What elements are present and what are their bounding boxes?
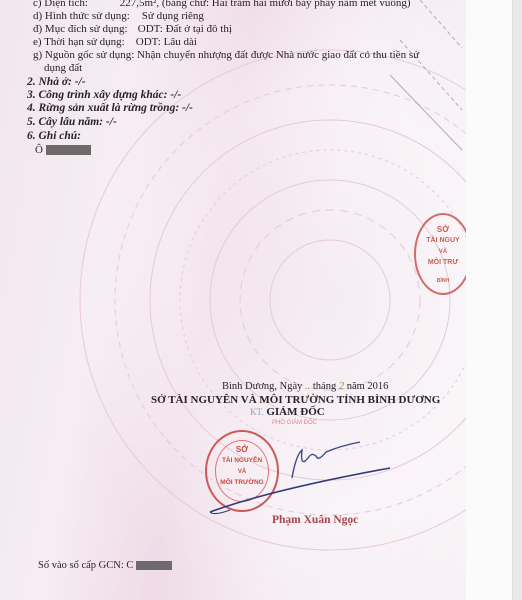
- seal-partial-line-4: MÔI TRƯ: [416, 259, 466, 266]
- seal-partial-line-2: TÀI NGUY: [416, 237, 466, 244]
- place-date-day: ..: [305, 381, 310, 392]
- area-line: c) Diện tích: 227,5m², (bằng chữ: Hai tr…: [33, 0, 411, 10]
- section-planted-forest-value: -/-: [182, 102, 193, 114]
- section-notes-label: 6. Ghi chú:: [27, 130, 81, 142]
- signer-title-prefix: KT.: [250, 407, 264, 417]
- agency-name: SỞ TÀI NGUYÊN VÀ MÔI TRƯỜNG TỈNH BÌNH DƯ…: [151, 394, 440, 406]
- place-date-month-word: tháng: [313, 381, 336, 392]
- usage-origin-continuation: dụng đất: [44, 62, 82, 75]
- registry-line: Số vào sổ cấp GCN: C: [38, 559, 172, 572]
- usage-form-line: d) Hình thức sử dụng: Sử dụng riêng: [33, 10, 204, 23]
- registry-prefix: C: [126, 560, 133, 571]
- place-date-place: Bình Dương, Ngày: [222, 381, 302, 392]
- seal-partial-line-3: VÀ: [416, 249, 466, 255]
- place-date-month: 2: [339, 381, 344, 392]
- signer-name: Phạm Xuân Ngọc: [272, 514, 358, 526]
- signature-scrawl: [200, 440, 400, 520]
- section-perennial-trees-label: 5. Cây lâu năm:: [27, 116, 103, 128]
- place-date-year-word: năm: [347, 381, 365, 392]
- usage-form-label: d) Hình thức sử dụng:: [33, 10, 139, 23]
- usage-purpose-value: ODT: Đất ở tại đô thị: [138, 23, 232, 35]
- section-planted-forest: 4. Rừng sản xuất là rừng trồng: -/-: [27, 102, 193, 115]
- section-perennial-trees-value: -/-: [106, 116, 117, 128]
- registry-redaction: [136, 561, 172, 570]
- usage-origin-value: Nhận chuyển nhượng đất được Nhà nước gia…: [137, 49, 419, 61]
- registry-label: Số vào sổ cấp GCN:: [38, 560, 124, 571]
- usage-term-label: e) Thời hạn sử dụng:: [33, 36, 133, 49]
- note-line: Ô: [35, 144, 91, 157]
- usage-origin-label: g) Nguồn gốc sử dụng:: [33, 49, 134, 61]
- seal-partial-line-1: SỞ: [416, 225, 466, 234]
- area-value: 227,5m², (bằng chữ: Hai trăm hai mươi bả…: [120, 0, 411, 9]
- section-other-construction-value: -/-: [170, 89, 181, 101]
- note-prefix: Ô: [35, 144, 43, 156]
- signer-title: KT. GIÁM ĐỐC: [250, 406, 325, 418]
- usage-term-line: e) Thời hạn sử dụng: ODT: Lâu dài: [33, 36, 197, 49]
- deputy-title: PHÓ GIÁM ĐỐC: [272, 420, 317, 426]
- scan-edge: [512, 0, 522, 600]
- section-house-value: -/-: [75, 76, 86, 88]
- scan-margin: [466, 0, 512, 600]
- signer-title-text: GIÁM ĐỐC: [266, 406, 324, 418]
- section-notes: 6. Ghi chú:: [27, 130, 81, 143]
- section-house: 2. Nhà ở: -/-: [27, 76, 86, 89]
- section-other-construction-label: 3. Công trình xây dựng khác:: [27, 89, 167, 101]
- seal-partial-ring: BÌNH: [416, 278, 466, 284]
- usage-purpose-line: đ) Mục đích sử dụng: ODT: Đất ở tại đô t…: [33, 23, 232, 36]
- section-planted-forest-label: 4. Rừng sản xuất là rừng trồng:: [27, 102, 179, 114]
- usage-purpose-label: đ) Mục đích sử dụng:: [33, 23, 135, 36]
- section-perennial-trees: 5. Cây lâu năm: -/-: [27, 116, 117, 129]
- note-redaction: [46, 145, 91, 155]
- place-date: Bình Dương, Ngày .. tháng 2 năm 2016: [222, 381, 388, 392]
- certificate-page: c) Diện tích: 227,5m², (bằng chữ: Hai tr…: [0, 0, 466, 600]
- usage-origin-line: g) Nguồn gốc sử dụng: Nhận chuyển nhượng…: [33, 49, 419, 62]
- usage-form-value: Sử dụng riêng: [142, 10, 204, 22]
- area-label: c) Diện tích:: [33, 0, 117, 10]
- seal-partial: SỞ TÀI NGUY VÀ MÔI TRƯ BÌNH: [414, 213, 466, 295]
- place-date-year: 2016: [367, 381, 388, 392]
- section-other-construction: 3. Công trình xây dựng khác: -/-: [27, 89, 181, 102]
- section-house-label: 2. Nhà ở:: [27, 76, 72, 88]
- usage-term-value: ODT: Lâu dài: [136, 36, 197, 48]
